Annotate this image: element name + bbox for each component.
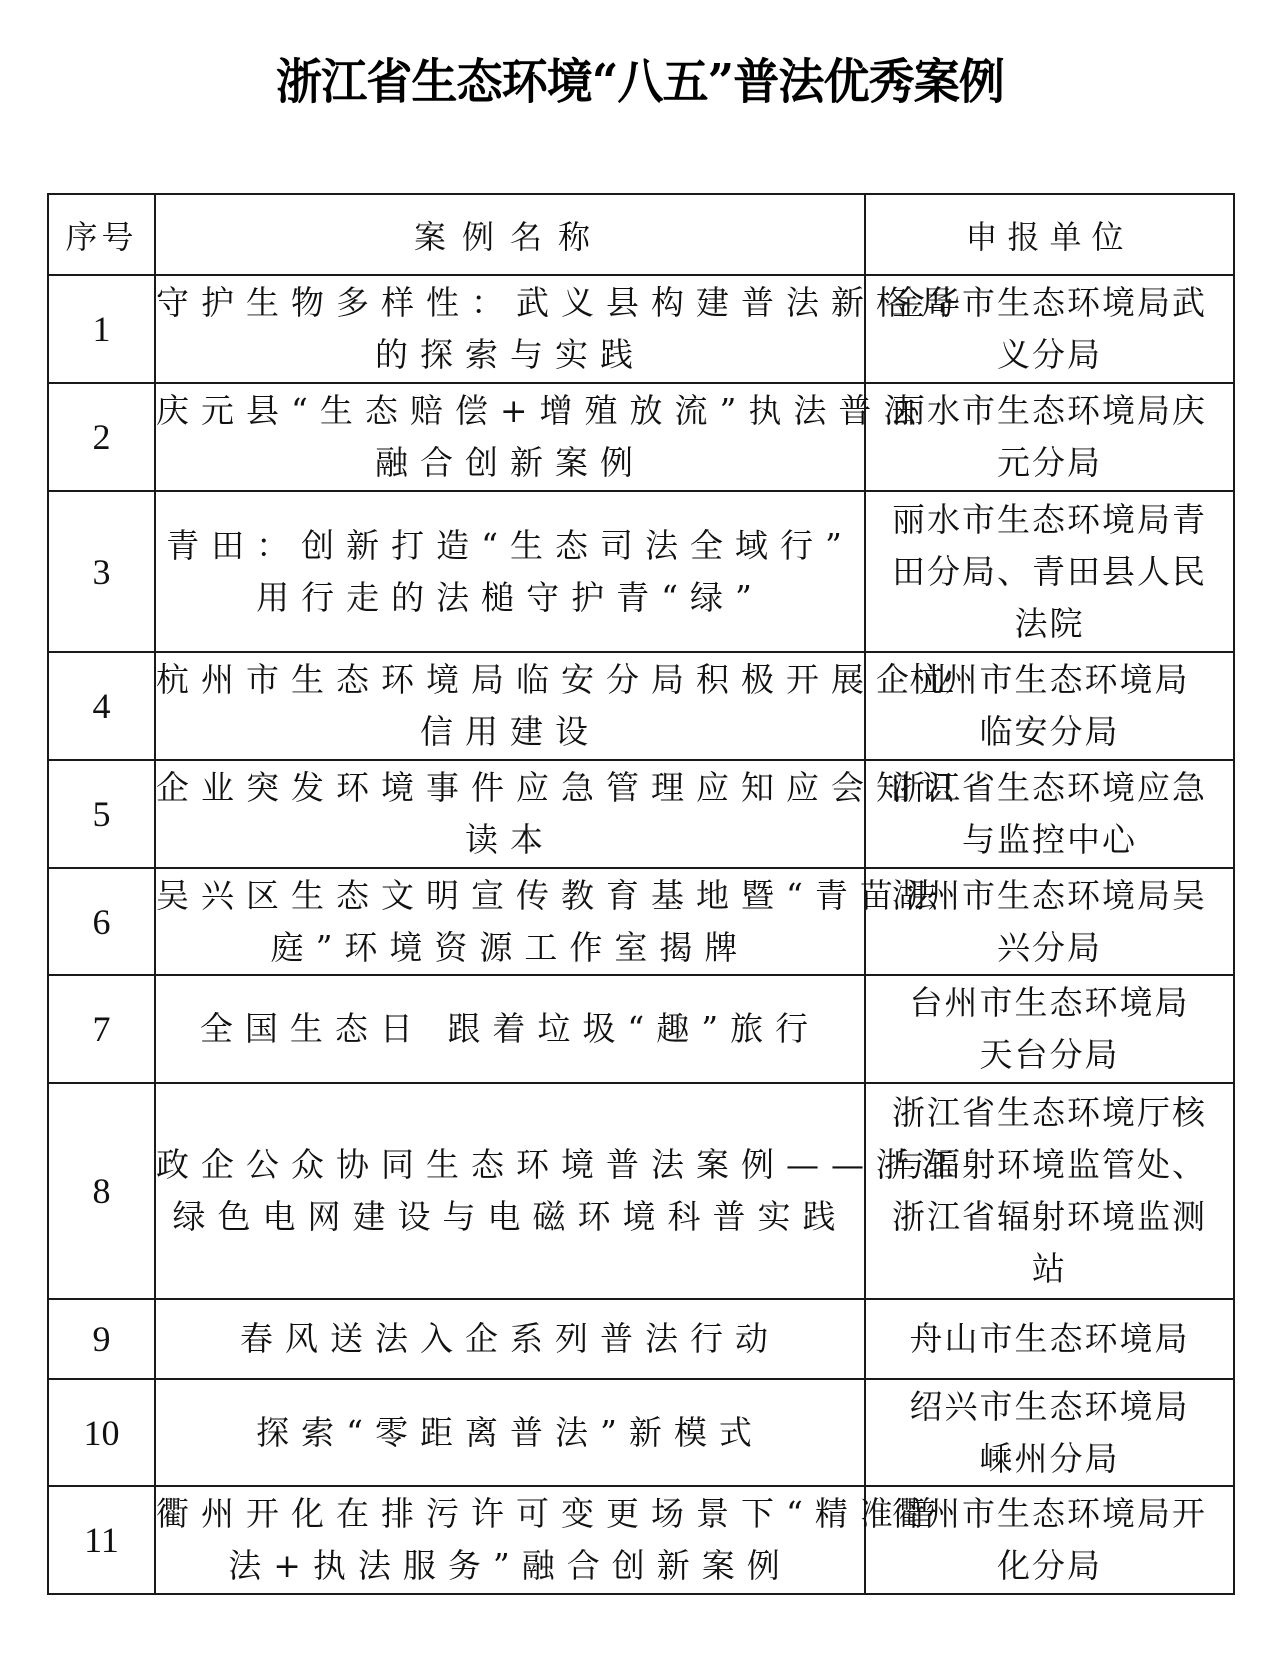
reporting-unit-line: 化分局 [866, 1540, 1233, 1592]
document-title: 浙江省生态环境“八五”普法优秀案例 [26, 50, 1255, 114]
table-row: 10探索“零距离普法”新模式绍兴市生态环境局嵊州分局 [48, 1379, 1234, 1486]
reporting-unit-line: 浙江省辐射环境监测 [866, 1191, 1233, 1243]
case-name-line: 法+执法服务”融合创新案例 [156, 1540, 864, 1592]
reporting-unit-cell: 浙江省生态环境应急与监控中心 [865, 760, 1234, 868]
case-name-line: 守护生物多样性：武义县构建普法新格局 [156, 277, 864, 329]
reporting-unit-line: 杭州市生态环境局 [866, 654, 1233, 706]
case-name-line: 青田：创新打造“生态司法全域行” [156, 520, 864, 572]
table-header-row: 序号 案例名称 申报单位 [48, 194, 1234, 275]
row-number: 2 [48, 383, 155, 491]
case-name-cell: 全国生态日 跟着垃圾“趣”旅行 [155, 975, 865, 1083]
row-number: 3 [48, 491, 155, 652]
reporting-unit-line: 湖州市生态环境局吴 [866, 870, 1233, 922]
row-number: 6 [48, 868, 155, 975]
reporting-unit-cell: 丽水市生态环境局庆元分局 [865, 383, 1234, 491]
reporting-unit-cell: 舟山市生态环境局 [865, 1299, 1234, 1379]
table-row: 9春风送法入企系列普法行动舟山市生态环境局 [48, 1299, 1234, 1379]
case-name-cell: 守护生物多样性：武义县构建普法新格局的探索与实践 [155, 275, 865, 383]
reporting-unit-line: 浙江省生态环境厅核 [866, 1087, 1233, 1139]
case-name-cell: 探索“零距离普法”新模式 [155, 1379, 865, 1486]
reporting-unit-cell: 浙江省生态环境厅核与辐射环境监管处、浙江省辐射环境监测站 [865, 1083, 1234, 1299]
row-number: 8 [48, 1083, 155, 1299]
case-name-line: 融合创新案例 [156, 437, 864, 489]
row-number: 9 [48, 1299, 155, 1379]
row-number: 11 [48, 1486, 155, 1594]
reporting-unit-cell: 杭州市生态环境局临安分局 [865, 652, 1234, 760]
reporting-unit-line: 元分局 [866, 437, 1233, 489]
reporting-unit-line: 与监控中心 [866, 814, 1233, 866]
case-name-cell: 政企公众协同生态环境普法案例——浙江绿色电网建设与电磁环境科普实践 [155, 1083, 865, 1299]
reporting-unit-line: 金华市生态环境局武 [866, 277, 1233, 329]
case-name-line: 衢州开化在排污许可变更场景下“精准普 [156, 1488, 864, 1540]
reporting-unit-line: 临安分局 [866, 706, 1233, 758]
reporting-unit-line: 绍兴市生态环境局 [866, 1381, 1233, 1433]
reporting-unit-line: 丽水市生态环境局庆 [866, 385, 1233, 437]
case-name-cell: 春风送法入企系列普法行动 [155, 1299, 865, 1379]
case-name-cell: 庆元县“生态赔偿+增殖放流”执法普法融合创新案例 [155, 383, 865, 491]
reporting-unit-cell: 台州市生态环境局天台分局 [865, 975, 1234, 1083]
row-number: 7 [48, 975, 155, 1083]
reporting-unit-line: 义分局 [866, 329, 1233, 381]
table-body: 1守护生物多样性：武义县构建普法新格局的探索与实践金华市生态环境局武义分局2庆元… [48, 275, 1234, 1594]
case-name-line: 庆元县“生态赔偿+增殖放流”执法普法 [156, 385, 864, 437]
table-row: 11衢州开化在排污许可变更场景下“精准普法+执法服务”融合创新案例衢州市生态环境… [48, 1486, 1234, 1594]
case-name-line: 探索“零距离普法”新模式 [156, 1407, 864, 1459]
case-name-line: 政企公众协同生态环境普法案例——浙江 [156, 1139, 864, 1191]
reporting-unit-line: 台州市生态环境局 [866, 977, 1233, 1029]
table-row: 4杭州市生态环境局临安分局积极开展企业信用建设杭州市生态环境局临安分局 [48, 652, 1234, 760]
row-number: 5 [48, 760, 155, 868]
table-row: 8政企公众协同生态环境普法案例——浙江绿色电网建设与电磁环境科普实践浙江省生态环… [48, 1083, 1234, 1299]
reporting-unit-line: 天台分局 [866, 1029, 1233, 1081]
reporting-unit-line: 舟山市生态环境局 [866, 1313, 1233, 1365]
reporting-unit-line: 站 [866, 1243, 1233, 1295]
reporting-unit-cell: 丽水市生态环境局青田分局、青田县人民法院 [865, 491, 1234, 652]
case-name-line: 全国生态日 跟着垃圾“趣”旅行 [156, 1003, 864, 1055]
reporting-unit-line: 与辐射环境监管处、 [866, 1139, 1233, 1191]
case-name-line: 杭州市生态环境局临安分局积极开展企业 [156, 654, 864, 706]
header-no: 序号 [48, 194, 155, 275]
case-name-line: 用行走的法槌守护青“绿” [156, 572, 864, 624]
header-case-name: 案例名称 [155, 194, 865, 275]
case-name-line: 读本 [156, 814, 864, 866]
header-reporting-unit: 申报单位 [865, 194, 1234, 275]
case-name-line: 庭”环境资源工作室揭牌 [156, 922, 864, 974]
case-name-line: 信用建设 [156, 706, 864, 758]
table-row: 7全国生态日 跟着垃圾“趣”旅行台州市生态环境局天台分局 [48, 975, 1234, 1083]
row-number: 1 [48, 275, 155, 383]
case-name-cell: 杭州市生态环境局临安分局积极开展企业信用建设 [155, 652, 865, 760]
reporting-unit-line: 浙江省生态环境应急 [866, 762, 1233, 814]
case-name-line: 企业突发环境事件应急管理应知应会知识 [156, 762, 864, 814]
row-number: 4 [48, 652, 155, 760]
case-name-line: 春风送法入企系列普法行动 [156, 1313, 864, 1365]
table-row: 6吴兴区生态文明宣传教育基地暨“青苗法庭”环境资源工作室揭牌湖州市生态环境局吴兴… [48, 868, 1234, 975]
reporting-unit-cell: 湖州市生态环境局吴兴分局 [865, 868, 1234, 975]
reporting-unit-line: 嵊州分局 [866, 1433, 1233, 1485]
case-name-cell: 吴兴区生态文明宣传教育基地暨“青苗法庭”环境资源工作室揭牌 [155, 868, 865, 975]
table-row: 2庆元县“生态赔偿+增殖放流”执法普法融合创新案例丽水市生态环境局庆元分局 [48, 383, 1234, 491]
table-row: 5企业突发环境事件应急管理应知应会知识读本浙江省生态环境应急与监控中心 [48, 760, 1234, 868]
reporting-unit-cell: 绍兴市生态环境局嵊州分局 [865, 1379, 1234, 1486]
case-name-cell: 衢州开化在排污许可变更场景下“精准普法+执法服务”融合创新案例 [155, 1486, 865, 1594]
case-name-line: 的探索与实践 [156, 329, 864, 381]
reporting-unit-line: 法院 [866, 598, 1233, 650]
case-name-cell: 青田：创新打造“生态司法全域行”用行走的法槌守护青“绿” [155, 491, 865, 652]
case-name-cell: 企业突发环境事件应急管理应知应会知识读本 [155, 760, 865, 868]
reporting-unit-line: 丽水市生态环境局青 [866, 494, 1233, 546]
row-number: 10 [48, 1379, 155, 1486]
reporting-unit-line: 田分局、青田县人民 [866, 546, 1233, 598]
cases-table: 序号 案例名称 申报单位 1守护生物多样性：武义县构建普法新格局的探索与实践金华… [47, 193, 1235, 1595]
case-name-line: 吴兴区生态文明宣传教育基地暨“青苗法 [156, 870, 864, 922]
reporting-unit-cell: 金华市生态环境局武义分局 [865, 275, 1234, 383]
reporting-unit-line: 衢州市生态环境局开 [866, 1488, 1233, 1540]
reporting-unit-line: 兴分局 [866, 922, 1233, 974]
table-row: 1守护生物多样性：武义县构建普法新格局的探索与实践金华市生态环境局武义分局 [48, 275, 1234, 383]
table-row: 3青田：创新打造“生态司法全域行”用行走的法槌守护青“绿”丽水市生态环境局青田分… [48, 491, 1234, 652]
case-name-line: 绿色电网建设与电磁环境科普实践 [156, 1191, 864, 1243]
reporting-unit-cell: 衢州市生态环境局开化分局 [865, 1486, 1234, 1594]
